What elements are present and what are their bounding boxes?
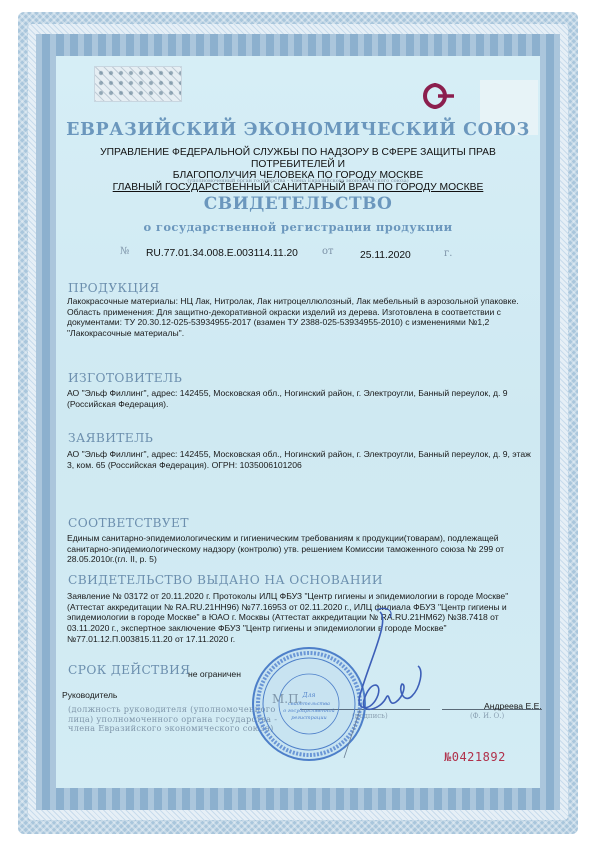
certificate-number: RU.77.01.34.008.Е.003114.11.20 [146,248,298,259]
agency-note: (уполномоченный орган государства - член… [60,178,536,184]
certificate-title: СВИДЕТЕЛЬСТВО [60,194,536,214]
conforms-text: Единым санитарно-эпидемиологическим и ги… [67,533,537,565]
hologram-sticker [94,66,182,102]
se-logo-icon [412,78,468,114]
name-caption: (Ф. И. О.) [470,712,504,720]
handwritten-signature-icon [320,600,430,760]
signer-role: Руководитель [62,690,117,700]
year-suffix: г. [444,248,452,259]
union-title: ЕВРАЗИЙСКИЙ ЭКОНОМИЧЕСКИЙ СОЮЗ [60,120,536,140]
applicant-heading: ЗАЯВИТЕЛЬ [68,431,153,445]
basis-text: Заявление № 03172 от 20.11.2020 г. Прото… [67,591,537,645]
stamp-place-label: М.П. [272,692,302,706]
validity-heading: СРОК ДЕЙСТВИЯ [68,663,190,677]
issuing-agency: УПРАВЛЕНИЕ ФЕДЕРАЛЬНОЙ СЛУЖБЫ ПО НАДЗОРУ… [60,147,536,193]
agency-line-1: УПРАВЛЕНИЕ ФЕДЕРАЛЬНОЙ СЛУЖБЫ ПО НАДЗОРУ… [60,147,536,170]
applicant-text: АО "Эльф Филлинг", адрес: 142455, Москов… [67,449,537,470]
conforms-heading: СООТВЕТСТВУЕТ [68,516,189,530]
number-label: № [120,246,129,257]
date-label: от [322,246,334,257]
basis-heading: СВИДЕТЕЛЬСТВО ВЫДАНО НА ОСНОВАНИИ [68,573,383,587]
blank-serial-number: №0421892 [444,750,506,764]
validity-value: не ограничен [188,669,241,679]
manufacturer-text: АО "Эльф Филлинг", адрес: 142455, Москов… [67,388,537,409]
certificate-date: 25.11.2020 [360,250,411,261]
manufacturer-heading: ИЗГОТОВИТЕЛЬ [68,371,182,385]
product-text: Лакокрасочные материалы: НЦ Лак, Нитрола… [67,296,537,339]
product-heading: ПРОДУКЦИЯ [68,281,160,295]
signer-name: Андреева Е.Е. [484,701,542,711]
svg-text:Для: Для [302,692,316,699]
certificate-subtitle: о государственной регистрации продукции [60,220,536,234]
